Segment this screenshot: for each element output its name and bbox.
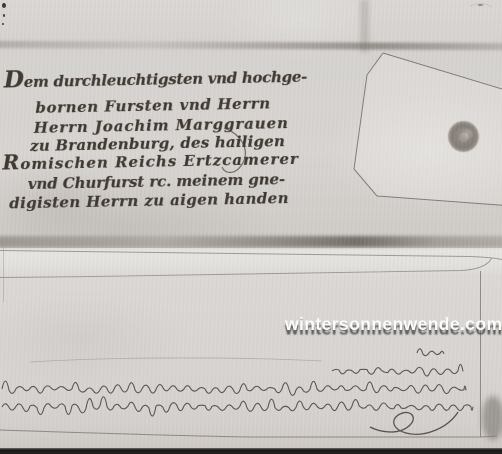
watermark: wintersonnenwende.com: [285, 314, 502, 335]
pencil-guide-line: [30, 358, 322, 362]
inverted-docket-stroke: [2, 381, 466, 395]
corner-mark: [470, 4, 492, 7]
inverted-docket-stroke: [417, 349, 444, 356]
panel-rule-top: [0, 251, 502, 260]
docket-flourish: [370, 412, 458, 434]
inverted-docket-stroke: [332, 364, 463, 376]
ink-overlay: [0, 0, 502, 454]
envelope-flap-fill: [354, 53, 502, 206]
panel-rule-inner: [0, 259, 492, 278]
inverted-docket-group: [2, 349, 473, 416]
address-swash-stroke: [222, 128, 245, 173]
letter-photograph: Dem durchleuchtigsten vnd hochge- bornen…: [0, 0, 502, 454]
